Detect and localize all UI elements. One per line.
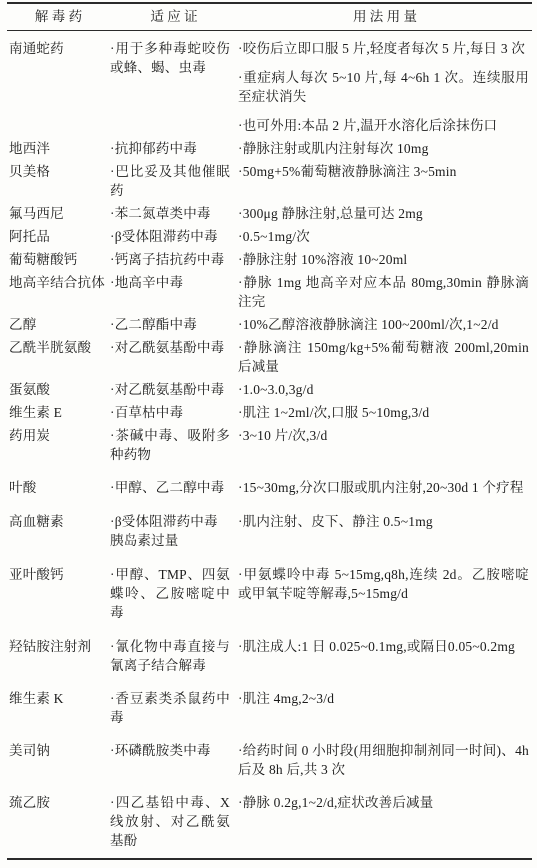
drug-name: 蛋氨酸 — [9, 380, 107, 399]
drug-name-cell: 南通蛇药 — [7, 31, 110, 136]
drug-name-cell: 羟钴胺注射剂 — [7, 622, 110, 675]
drug-name-cell: 蛋氨酸 — [7, 376, 110, 399]
indication-cell: ·苯二氮䓬类中毒 — [110, 200, 238, 223]
table-row: 巯乙胺·四乙基铅中毒、X 线放射、对乙酰氨基酚·静脉 0.2g,1~2/d,症状… — [7, 779, 532, 859]
usage-item: ·3~10 片/次,3/d — [238, 426, 529, 445]
drug-name-cell: 高血糖素 — [7, 497, 110, 550]
indication-cell: ·巴比妥及其他催眠药 — [110, 158, 238, 200]
col-header-antidote: 解 毒 药 — [7, 3, 110, 31]
indication-item: ·对乙酰氨基酚中毒 — [110, 338, 230, 357]
drug-name-cell: 贝美格 — [7, 158, 110, 200]
usage-item: ·静脉注射 10%溶液 10~20ml — [238, 250, 529, 269]
drug-name: 阿托品 — [9, 227, 107, 246]
indication-cell: ·甲醇、乙二醇中毒 — [110, 464, 238, 497]
indication-cell: ·抗抑郁药中毒 — [110, 135, 238, 158]
drug-name: 乙醇 — [9, 315, 107, 334]
table-header: 解 毒 药 适 应 证 用 法 用 量 — [7, 3, 532, 31]
usage-cell: ·10%乙醇溶液静脉滴注 100~200ml/次,1~2/d — [238, 311, 532, 334]
usage-item: ·静脉 1mg 地高辛对应本品 80mg,30min 静脉滴注完 — [238, 273, 529, 311]
usage-cell: ·静脉 1mg 地高辛对应本品 80mg,30min 静脉滴注完 — [238, 269, 532, 311]
indication-item: ·环磷酰胺类中毒 — [110, 741, 230, 760]
indication-cell: ·钙离子拮抗药中毒 — [110, 246, 238, 269]
usage-cell: ·静脉滴注 150mg/kg+5%葡萄糖液 200ml,20min 后减量 — [238, 334, 532, 376]
drug-name: 维生素 E — [9, 403, 107, 422]
usage-item: ·静脉 0.2g,1~2/d,症状改善后减量 — [238, 793, 529, 812]
table-header-row: 解 毒 药 适 应 证 用 法 用 量 — [7, 3, 532, 31]
drug-name: 葡萄糖酸钙 — [9, 250, 107, 269]
usage-cell: ·静脉 0.2g,1~2/d,症状改善后减量 — [238, 779, 532, 859]
usage-cell: ·静脉注射或肌内注射每次 10mg — [238, 135, 532, 158]
table-row: 叶酸·甲醇、乙二醇中毒·15~30mg,分次口服或肌内注射,20~30d 1 个… — [7, 464, 532, 497]
table-row: 氟马西尼·苯二氮䓬类中毒·300μg 静脉注射,总量可达 2mg — [7, 200, 532, 223]
drug-name: 高血糖素 — [9, 512, 107, 531]
table-row: 维生素 E·百草枯中毒·肌注 1~2ml/次,口服 5~10mg,3/d — [7, 399, 532, 422]
drug-name: 贝美格 — [9, 162, 107, 181]
indication-cell: ·β受体阻滞药中毒 — [110, 223, 238, 246]
table-row: 地西泮·抗抑郁药中毒·静脉注射或肌内注射每次 10mg — [7, 135, 532, 158]
indication-cell: ·用于多种毒蛇咬伤或蜂、蝎、虫毒 — [110, 31, 238, 136]
usage-cell: ·0.5~1mg/次 — [238, 223, 532, 246]
indication-cell: ·地高辛中毒 — [110, 269, 238, 311]
drug-name: 药用炭 — [9, 426, 107, 445]
usage-cell: ·肌注 1~2ml/次,口服 5~10mg,3/d — [238, 399, 532, 422]
indication-item: ·香豆素类杀鼠药中毒 — [110, 689, 230, 727]
indication-cell: ·对乙酰氨基酚中毒 — [110, 376, 238, 399]
usage-cell: ·3~10 片/次,3/d — [238, 422, 532, 464]
usage-cell: ·给药时间 0 小时段(用细胞抑制剂同一时间)、4h 后及 8h 后,共 3 次 — [238, 727, 532, 779]
table-row: 阿托品·β受体阻滞药中毒·0.5~1mg/次 — [7, 223, 532, 246]
indication-cell: ·四乙基铅中毒、X 线放射、对乙酰氨基酚 — [110, 779, 238, 859]
col-header-indication: 适 应 证 — [110, 3, 238, 31]
antidote-table: 解 毒 药 适 应 证 用 法 用 量 南通蛇药·用于多种毒蛇咬伤或蜂、蝎、虫毒… — [7, 2, 532, 860]
table-row: 美司钠·环磷酰胺类中毒·给药时间 0 小时段(用细胞抑制剂同一时间)、4h 后及… — [7, 727, 532, 779]
usage-item: ·咬伤后立即口服 5 片,轻度者每次 5 片,每日 3 次 — [238, 39, 529, 58]
indication-item: ·地高辛中毒 — [110, 273, 230, 292]
indication-item: ·β受体阻滞药中毒 — [110, 227, 230, 246]
usage-item: ·10%乙醇溶液静脉滴注 100~200ml/次,1~2/d — [238, 315, 529, 334]
indication-cell: ·氰化物中毒直接与氰离子结合解毒 — [110, 622, 238, 675]
indication-item: ·用于多种毒蛇咬伤或蜂、蝎、虫毒 — [110, 39, 230, 77]
drug-name-cell: 维生素 K — [7, 675, 110, 727]
indication-item: ·乙二醇酯中毒 — [110, 315, 230, 334]
indication-item: ·百草枯中毒 — [110, 403, 230, 422]
indication-item: 胰岛素过量 — [110, 531, 230, 550]
table-row: 药用炭·茶碱中毒、吸附多种药物·3~10 片/次,3/d — [7, 422, 532, 464]
usage-item: ·给药时间 0 小时段(用细胞抑制剂同一时间)、4h 后及 8h 后,共 3 次 — [238, 741, 529, 779]
usage-item: ·也可外用:本品 2 片,温开水溶化后涂抹伤口 — [238, 116, 529, 135]
drug-name: 乙酰半胱氨酸 — [9, 338, 107, 357]
indication-cell: ·香豆素类杀鼠药中毒 — [110, 675, 238, 727]
indication-cell: ·百草枯中毒 — [110, 399, 238, 422]
indication-item: ·氰化物中毒直接与氰离子结合解毒 — [110, 637, 230, 675]
table-body: 南通蛇药·用于多种毒蛇咬伤或蜂、蝎、虫毒·咬伤后立即口服 5 片,轻度者每次 5… — [7, 31, 532, 860]
usage-item: ·甲氨蝶呤中毒 5~15mg,q8h,连续 2d。乙胺嘧啶或甲氧苄啶等解毒,5~… — [238, 565, 529, 603]
drug-name-cell: 巯乙胺 — [7, 779, 110, 859]
drug-name: 地高辛结合抗体 — [9, 273, 107, 292]
table-row: 南通蛇药·用于多种毒蛇咬伤或蜂、蝎、虫毒·咬伤后立即口服 5 片,轻度者每次 5… — [7, 31, 532, 136]
drug-name: 羟钴胺注射剂 — [9, 637, 107, 656]
indication-item: ·四乙基铅中毒、X 线放射、对乙酰氨基酚 — [110, 793, 230, 850]
indication-cell: ·乙二醇酯中毒 — [110, 311, 238, 334]
indication-item: ·抗抑郁药中毒 — [110, 139, 230, 158]
indication-item: ·茶碱中毒、吸附多种药物 — [110, 426, 230, 464]
usage-cell: ·静脉注射 10%溶液 10~20ml — [238, 246, 532, 269]
drug-name-cell: 地西泮 — [7, 135, 110, 158]
table-row: 蛋氨酸·对乙酰氨基酚中毒·1.0~3.0,3g/d — [7, 376, 532, 399]
table-row: 高血糖素·β受体阻滞药中毒胰岛素过量·肌内注射、皮下、静注 0.5~1mg — [7, 497, 532, 550]
drug-name-cell: 乙醇 — [7, 311, 110, 334]
drug-name-cell: 美司钠 — [7, 727, 110, 779]
drug-name-cell: 氟马西尼 — [7, 200, 110, 223]
indication-item: ·苯二氮䓬类中毒 — [110, 204, 230, 223]
indication-item: ·甲醇、乙二醇中毒 — [110, 478, 230, 497]
drug-name: 亚叶酸钙 — [9, 565, 107, 584]
col-header-usage: 用 法 用 量 — [238, 3, 532, 31]
indication-cell: ·甲醇、TMP、四氨蝶呤、乙胺嘧啶中毒 — [110, 550, 238, 622]
usage-item: ·300μg 静脉注射,总量可达 2mg — [238, 204, 529, 223]
usage-cell: ·甲氨蝶呤中毒 5~15mg,q8h,连续 2d。乙胺嘧啶或甲氧苄啶等解毒,5~… — [238, 550, 532, 622]
usage-cell: ·肌注成人:1 日 0.025~0.1mg,或隔日0.05~0.2mg — [238, 622, 532, 675]
table-row: 羟钴胺注射剂·氰化物中毒直接与氰离子结合解毒·肌注成人:1 日 0.025~0.… — [7, 622, 532, 675]
drug-name-cell: 乙酰半胱氨酸 — [7, 334, 110, 376]
drug-name: 地西泮 — [9, 139, 107, 158]
drug-name-cell: 阿托品 — [7, 223, 110, 246]
usage-item: ·肌注 4mg,2~3/d — [238, 689, 529, 708]
usage-cell: ·咬伤后立即口服 5 片,轻度者每次 5 片,每日 3 次·重症病人每次 5~1… — [238, 31, 532, 136]
usage-item: ·肌注成人:1 日 0.025~0.1mg,或隔日0.05~0.2mg — [238, 637, 529, 656]
drug-name-cell: 叶酸 — [7, 464, 110, 497]
drug-name: 氟马西尼 — [9, 204, 107, 223]
drug-name-cell: 药用炭 — [7, 422, 110, 464]
usage-item: ·15~30mg,分次口服或肌内注射,20~30d 1 个疗程 — [238, 478, 529, 497]
indication-cell: ·β受体阻滞药中毒胰岛素过量 — [110, 497, 238, 550]
usage-item: ·肌注 1~2ml/次,口服 5~10mg,3/d — [238, 403, 529, 422]
drug-name: 叶酸 — [9, 478, 107, 497]
indication-item: ·钙离子拮抗药中毒 — [110, 250, 230, 269]
usage-item: ·0.5~1mg/次 — [238, 227, 529, 246]
table-row: 葡萄糖酸钙·钙离子拮抗药中毒·静脉注射 10%溶液 10~20ml — [7, 246, 532, 269]
usage-cell: ·肌内注射、皮下、静注 0.5~1mg — [238, 497, 532, 550]
drug-name: 美司钠 — [9, 741, 107, 760]
drug-name-cell: 地高辛结合抗体 — [7, 269, 110, 311]
table-row: 贝美格·巴比妥及其他催眠药·50mg+5%葡萄糖液静脉滴注 3~5min — [7, 158, 532, 200]
scanned-document-page: 解 毒 药 适 应 证 用 法 用 量 南通蛇药·用于多种毒蛇咬伤或蜂、蝎、虫毒… — [0, 0, 537, 868]
indication-item: ·对乙酰氨基酚中毒 — [110, 380, 230, 399]
usage-item: ·静脉注射或肌内注射每次 10mg — [238, 139, 529, 158]
drug-name: 南通蛇药 — [9, 39, 107, 58]
table-row: 地高辛结合抗体·地高辛中毒·静脉 1mg 地高辛对应本品 80mg,30min … — [7, 269, 532, 311]
indication-item: ·β受体阻滞药中毒 — [110, 512, 230, 531]
usage-cell: ·300μg 静脉注射,总量可达 2mg — [238, 200, 532, 223]
usage-item: ·50mg+5%葡萄糖液静脉滴注 3~5min — [238, 162, 529, 181]
indication-item: ·巴比妥及其他催眠药 — [110, 162, 230, 200]
table-row: 乙酰半胱氨酸·对乙酰氨基酚中毒·静脉滴注 150mg/kg+5%葡萄糖液 200… — [7, 334, 532, 376]
usage-item: ·重症病人每次 5~10 片,每 4~6h 1 次。连续服用至症状消失 — [238, 68, 529, 106]
usage-item: ·肌内注射、皮下、静注 0.5~1mg — [238, 512, 529, 531]
drug-name-cell: 葡萄糖酸钙 — [7, 246, 110, 269]
usage-item: ·1.0~3.0,3g/d — [238, 380, 529, 399]
drug-name-cell: 亚叶酸钙 — [7, 550, 110, 622]
usage-cell: ·15~30mg,分次口服或肌内注射,20~30d 1 个疗程 — [238, 464, 532, 497]
table-row: 亚叶酸钙·甲醇、TMP、四氨蝶呤、乙胺嘧啶中毒·甲氨蝶呤中毒 5~15mg,q8… — [7, 550, 532, 622]
usage-cell: ·1.0~3.0,3g/d — [238, 376, 532, 399]
indication-cell: ·茶碱中毒、吸附多种药物 — [110, 422, 238, 464]
usage-cell: ·50mg+5%葡萄糖液静脉滴注 3~5min — [238, 158, 532, 200]
table-row: 维生素 K·香豆素类杀鼠药中毒·肌注 4mg,2~3/d — [7, 675, 532, 727]
table-row: 乙醇·乙二醇酯中毒·10%乙醇溶液静脉滴注 100~200ml/次,1~2/d — [7, 311, 532, 334]
indication-cell: ·对乙酰氨基酚中毒 — [110, 334, 238, 376]
usage-cell: ·肌注 4mg,2~3/d — [238, 675, 532, 727]
drug-name: 巯乙胺 — [9, 793, 107, 812]
indication-cell: ·环磷酰胺类中毒 — [110, 727, 238, 779]
indication-item: ·甲醇、TMP、四氨蝶呤、乙胺嘧啶中毒 — [110, 565, 230, 622]
drug-name-cell: 维生素 E — [7, 399, 110, 422]
drug-name: 维生素 K — [9, 689, 107, 708]
usage-item: ·静脉滴注 150mg/kg+5%葡萄糖液 200ml,20min 后减量 — [238, 338, 529, 376]
